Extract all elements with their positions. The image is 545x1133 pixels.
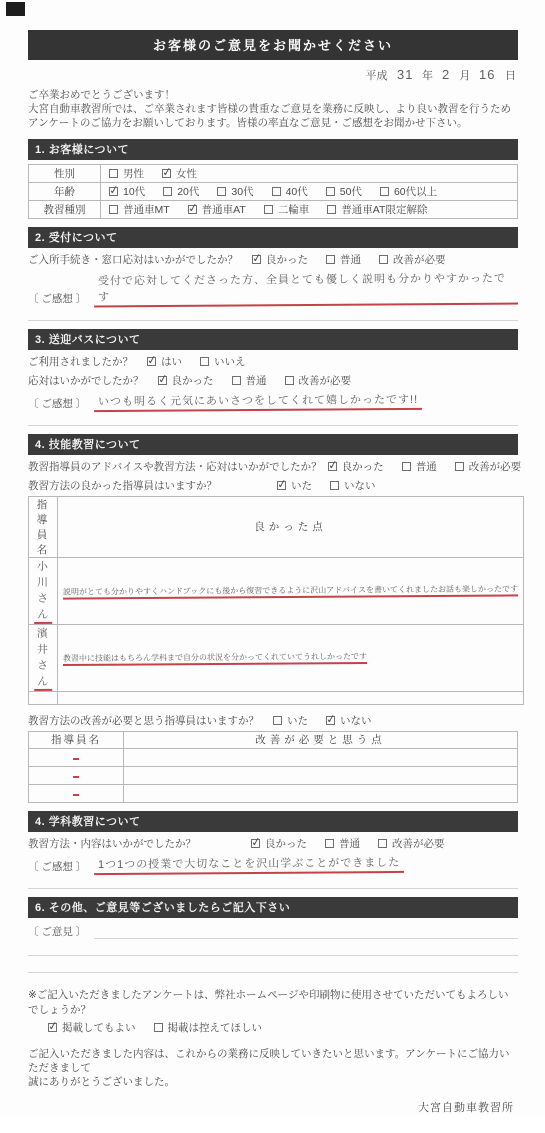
- checkbox-option[interactable]: 普通車MT: [109, 202, 170, 217]
- bus-comment-label: 〔 ご感想 〕: [28, 396, 86, 411]
- instructor-name-handwritten: 小川さん: [34, 558, 52, 624]
- gender-checkgroup: 男性✓女性: [109, 166, 215, 181]
- instructor-name-cell[interactable]: [29, 766, 124, 784]
- intro-line-1: ご卒業おめでとうございます！: [28, 89, 518, 103]
- checkbox-option[interactable]: いた: [273, 713, 308, 728]
- unchecked-checkbox-icon[interactable]: [326, 255, 335, 264]
- lecture-comment-handwritten: 1つ1つの授業で大切なことを沢山学ぶことができました: [94, 853, 404, 874]
- unchecked-checkbox-icon[interactable]: [285, 376, 294, 385]
- checkbox-option[interactable]: ✓良かった: [251, 836, 307, 851]
- instructor-name-cell[interactable]: [29, 691, 58, 704]
- checkbox-option[interactable]: 二輪車: [264, 202, 310, 217]
- unchecked-checkbox-icon[interactable]: [154, 1023, 163, 1032]
- unchecked-checkbox-icon[interactable]: [163, 187, 172, 196]
- course-type-row-label: 教習種別: [29, 200, 101, 218]
- checkbox-label: 良かった: [172, 373, 214, 388]
- improve-points-header: 改善が必要と思う点: [124, 731, 518, 748]
- section-gakka-heading: 4. 学科教習について: [28, 811, 518, 832]
- checkbox-option[interactable]: 普通: [326, 252, 361, 267]
- checkbox-option[interactable]: 50代: [326, 184, 362, 199]
- lecture-comment-field[interactable]: 1つ1つの授業で大切なことを沢山学ぶことができました: [94, 855, 518, 874]
- checkbox-label: はい: [161, 354, 182, 369]
- checked-checkbox-icon[interactable]: ✓: [158, 376, 167, 385]
- unchecked-checkbox-icon[interactable]: [455, 462, 464, 471]
- checked-checkbox-icon[interactable]: ✓: [328, 462, 337, 471]
- blank-writing-line[interactable]: [28, 958, 518, 973]
- checkbox-option[interactable]: 改善が必要: [379, 252, 446, 267]
- unchecked-checkbox-icon[interactable]: [378, 839, 387, 848]
- checked-checkbox-icon[interactable]: ✓: [188, 205, 197, 214]
- checked-checkbox-icon[interactable]: ✓: [251, 839, 260, 848]
- section-4-heading: 4. 技能教習について: [28, 434, 518, 455]
- checkbox-option[interactable]: 改善が必要: [285, 373, 352, 388]
- checkbox-label: 普通車AT: [202, 202, 246, 217]
- checkbox-option[interactable]: 普通車AT限定解除: [327, 202, 427, 217]
- checkbox-option[interactable]: いない: [330, 478, 376, 493]
- checkbox-label: 普通: [340, 252, 361, 267]
- unchecked-checkbox-icon[interactable]: [272, 187, 281, 196]
- lecture-comment-label: 〔 ご感想 〕: [28, 859, 86, 874]
- handwritten-check-mark: ✓: [157, 371, 169, 386]
- handwritten-check-mark: ✓: [325, 711, 337, 726]
- checkbox-option[interactable]: 改善が必要: [455, 459, 522, 474]
- checkbox-option[interactable]: 掲載は控えてほしい: [154, 1020, 263, 1035]
- checkbox-label: 普通: [339, 836, 360, 851]
- other-opinion-label: 〔 ご意見 〕: [28, 924, 86, 939]
- intro-line-3: アンケートのご協力をお願いしております。皆様の率直なご意見・ご感想をお聞かせ下さ…: [28, 117, 518, 131]
- handwritten-check-mark: ✓: [187, 200, 199, 215]
- checked-checkbox-icon[interactable]: ✓: [109, 187, 118, 196]
- table-row: [29, 784, 518, 802]
- checkbox-label: 女性: [176, 166, 197, 181]
- checkbox-label: 男性: [123, 166, 144, 181]
- checkbox-option[interactable]: いいえ: [200, 354, 246, 369]
- bus-rating-question: 応対はいかがでしたか？: [28, 373, 144, 388]
- instructor-name-handwritten: 濱井さん: [34, 625, 52, 691]
- course-type-checkgroup: 普通車MT✓普通車AT二輪車普通車AT限定解除: [109, 202, 445, 217]
- good-instructor-checkgroup: ✓いたいない: [277, 478, 394, 493]
- instructor-name-cell[interactable]: [29, 784, 124, 802]
- checkbox-label: 掲載は控えてほしい: [168, 1020, 263, 1035]
- good-point-cell[interactable]: 説明がとても分かりやすくハンドブックにも後から復習できるように沢山アドバイスを書…: [58, 557, 524, 624]
- checkbox-label: 普通車AT限定解除: [341, 202, 427, 217]
- table-row: [29, 748, 518, 766]
- table-row-course-type: 教習種別 普通車MT✓普通車AT二輪車普通車AT限定解除: [29, 200, 518, 218]
- instructor-name-handwritten: [73, 758, 79, 760]
- unchecked-checkbox-icon[interactable]: [264, 205, 273, 214]
- age-row-label: 年齢: [29, 182, 101, 200]
- page-title: お客様のご意見をお聞かせください: [28, 30, 518, 60]
- checkbox-label: 20代: [177, 184, 199, 199]
- good-instructor-question: 教習方法の良かった指導員はいますか？: [28, 478, 217, 493]
- age-checkgroup: ✓10代20代30代40代50代60代以上: [109, 184, 455, 199]
- blank-writing-line[interactable]: [28, 413, 518, 426]
- checkbox-label: 10代: [123, 184, 145, 199]
- handwritten-check-mark: ✓: [161, 164, 173, 179]
- handwritten-check-mark: ✓: [250, 834, 262, 849]
- checkbox-option[interactable]: 男性: [109, 166, 144, 181]
- checkbox-option[interactable]: ✓良かった: [328, 459, 384, 474]
- instructor-name-handwritten: [73, 776, 79, 778]
- section-2-heading: 2. 受付について: [28, 227, 518, 248]
- checked-checkbox-icon[interactable]: ✓: [48, 1023, 57, 1032]
- section-1-heading: 1. お客様について: [28, 139, 518, 160]
- good-instructor-table: 指導員名 良かった点 小川さん 説明がとても分かりやすくハンドブックにも後から復…: [28, 496, 524, 705]
- intro-paragraph: ご卒業おめでとうございます！ 大宮自動車教習所では、ご卒業されます皆様の貴重なご…: [28, 89, 518, 131]
- checkbox-label: 改善が必要: [299, 373, 352, 388]
- blank-writing-line[interactable]: [28, 941, 518, 956]
- instructor-name-cell[interactable]: 小川さん: [29, 557, 58, 624]
- instructor-name-cell[interactable]: 濱井さん: [29, 624, 58, 691]
- good-point-handwritten: 説明がとても分かりやすくハンドブックにも後から復習できるように沢山アドバイスを書…: [63, 583, 518, 599]
- checkbox-option[interactable]: 普通: [325, 836, 360, 851]
- gender-row-label: 性別: [29, 164, 101, 182]
- checkbox-label: 改善が必要: [469, 459, 522, 474]
- section-6-heading: 6. その他、ご意見等ございましたらご記入下さい: [28, 897, 518, 918]
- checkbox-label: いた: [287, 713, 308, 728]
- good-point-cell[interactable]: 教習中に技能はもちろん学科まで自分の状況を分かってくれていてうれしかったです: [58, 624, 524, 691]
- checkbox-label: 改善が必要: [393, 252, 446, 267]
- unchecked-checkbox-icon[interactable]: [327, 205, 336, 214]
- school-signature: 大宮自動車教習所: [28, 1099, 514, 1115]
- table-row: [29, 766, 518, 784]
- closing-message: ご記入いただきました内容は、これからの業務に反映していきたいと思います。アンケー…: [28, 1047, 518, 1090]
- unchecked-checkbox-icon[interactable]: [379, 255, 388, 264]
- other-opinion-field[interactable]: [94, 924, 518, 939]
- checkbox-label: 50代: [340, 184, 362, 199]
- checkbox-option[interactable]: 60代以上: [380, 184, 437, 199]
- improve-instructor-checkgroup: いた✓いない: [273, 713, 390, 728]
- checkbox-label: 良かった: [342, 459, 384, 474]
- instructor-name-header: 指導員名: [29, 496, 58, 557]
- checkbox-option[interactable]: ✓いた: [277, 478, 312, 493]
- unchecked-checkbox-icon[interactable]: [326, 187, 335, 196]
- unchecked-checkbox-icon[interactable]: [232, 376, 241, 385]
- unchecked-checkbox-icon[interactable]: [402, 462, 411, 471]
- unchecked-checkbox-icon[interactable]: [273, 716, 282, 725]
- closing-line-2: 誠にありがとうございました。: [28, 1075, 518, 1089]
- bus-used-question: ご利用されましたか？: [28, 354, 133, 369]
- closing-line-1: ご記入いただきました内容は、これからの業務に反映していきたいと思います。アンケー…: [28, 1047, 518, 1075]
- date-day-handwritten: 16: [479, 67, 496, 82]
- bus-comment-field[interactable]: いつも明るく元気にあいさつをしてくれて嬉しかったです!!: [94, 392, 518, 411]
- checkbox-label: いた: [291, 478, 312, 493]
- publication-consent-block: ※ご記入いただきましたアンケートは、弊社ホームページや印刷物に使用させていただい…: [28, 987, 518, 1035]
- handwritten-check-mark: ✓: [276, 476, 288, 491]
- checkbox-option[interactable]: ✓良かった: [158, 373, 214, 388]
- handwritten-check-mark: ✓: [251, 250, 263, 265]
- checkbox-label: 普通: [416, 459, 437, 474]
- table-row-age: 年齢 ✓10代20代30代40代50代60代以上: [29, 182, 518, 200]
- table-header-row: 指導員名 良かった点: [29, 496, 524, 557]
- handwritten-check-mark: ✓: [108, 182, 120, 197]
- reception-comment-handwritten: 受付で応対してくださった方、全員とても優しく説明も分かりやすかったです: [94, 269, 518, 307]
- skill-rating-question: 教習指導員のアドバイスや教習方法・応対はいかがでしたか？: [28, 459, 322, 474]
- checked-checkbox-icon[interactable]: ✓: [162, 169, 171, 178]
- checkbox-label: 良かった: [265, 836, 307, 851]
- handwritten-check-mark: ✓: [146, 352, 158, 367]
- scan-corner-mark: [6, 2, 25, 16]
- improve-point-cell[interactable]: [124, 784, 518, 802]
- checkbox-option[interactable]: ✓良かった: [252, 252, 308, 267]
- checkbox-option[interactable]: 30代: [217, 184, 253, 199]
- instructor-name-handwritten: [73, 794, 79, 796]
- date-year-handwritten: 31: [396, 67, 413, 82]
- reception-comment-field[interactable]: 受付で応対してくださった方、全員とても優しく説明も分かりやすかったです: [94, 271, 518, 306]
- checkbox-label: いない: [344, 478, 376, 493]
- checkbox-label: 掲載してもよい: [62, 1020, 136, 1035]
- checkbox-label: いいえ: [214, 354, 246, 369]
- unchecked-checkbox-icon[interactable]: [217, 187, 226, 196]
- reception-rating-checkgroup: ✓良かった普通改善が必要: [252, 252, 464, 267]
- checkbox-option[interactable]: ✓10代: [109, 184, 145, 199]
- checkbox-label: 60代以上: [394, 184, 437, 199]
- improve-instructor-question: 教習方法の改善が必要と思う指導員はいますか？: [28, 713, 259, 728]
- checked-checkbox-icon[interactable]: ✓: [326, 716, 335, 725]
- unchecked-checkbox-icon[interactable]: [380, 187, 389, 196]
- reception-comment-label: 〔 ご感想 〕: [28, 291, 86, 306]
- unchecked-checkbox-icon[interactable]: [325, 839, 334, 848]
- checkbox-option[interactable]: ✓掲載してもよい: [48, 1020, 136, 1035]
- date-row: 平成 31 年 2 月 16 日: [30, 67, 516, 83]
- checkbox-option[interactable]: ✓女性: [162, 166, 197, 181]
- table-row: [29, 691, 524, 704]
- blank-writing-line[interactable]: [28, 308, 518, 321]
- table-header-row: 指導員名 改善が必要と思う点: [29, 731, 518, 748]
- table-row: 小川さん 説明がとても分かりやすくハンドブックにも後から復習できるように沢山アド…: [29, 557, 524, 624]
- date-month-suffix: 月: [459, 70, 470, 82]
- date-era-label: 平成: [365, 70, 387, 82]
- checkbox-label: いない: [340, 713, 372, 728]
- intro-line-2: 大宮自動車教習所では、ご卒業されます皆様の貴重なご意見を業務に反映し、より良い教…: [28, 103, 518, 117]
- date-day-suffix: 日: [505, 70, 516, 82]
- handwritten-check-mark: ✓: [47, 1018, 59, 1033]
- good-point-handwritten: 教習中に技能はもちろん学科まで自分の状況を分かってくれていてうれしかったです: [63, 651, 367, 666]
- checkbox-label: 普通: [246, 373, 267, 388]
- checkbox-label: 40代: [286, 184, 308, 199]
- bus-rating-checkgroup: ✓良かった普通改善が必要: [158, 373, 370, 388]
- unchecked-checkbox-icon[interactable]: [330, 481, 339, 490]
- checkbox-label: 二輪車: [278, 202, 310, 217]
- improve-point-cell[interactable]: [124, 766, 518, 784]
- checkbox-option[interactable]: 改善が必要: [378, 836, 445, 851]
- checked-checkbox-icon[interactable]: ✓: [147, 357, 156, 366]
- checkbox-option[interactable]: 普通: [232, 373, 267, 388]
- blank-writing-line[interactable]: [28, 876, 518, 889]
- checkbox-option[interactable]: 20代: [163, 184, 199, 199]
- good-point-cell[interactable]: [58, 691, 524, 704]
- table-row: 濱井さん 教習中に技能はもちろん学科まで自分の状況を分かってくれていてうれしかっ…: [29, 624, 524, 691]
- section-3-heading: 3. 送迎バスについて: [28, 329, 518, 350]
- bus-used-checkgroup: ✓はいいいえ: [147, 354, 264, 369]
- lecture-rating-checkgroup: ✓良かった普通改善が必要: [251, 836, 463, 851]
- checked-checkbox-icon[interactable]: ✓: [277, 481, 286, 490]
- checkbox-label: 良かった: [266, 252, 308, 267]
- skill-rating-checkgroup: ✓良かった普通改善が必要: [328, 459, 540, 474]
- instructor-name-cell[interactable]: [29, 748, 124, 766]
- handwritten-check-mark: ✓: [327, 457, 339, 472]
- improve-instructor-table: 指導員名 改善が必要と思う点: [28, 731, 518, 803]
- instructor-name-header: 指導員名: [29, 731, 124, 748]
- checkbox-option[interactable]: 普通: [402, 459, 437, 474]
- date-year-suffix: 年: [422, 70, 433, 82]
- customer-info-table: 性別 男性✓女性 年齢 ✓10代20代30代40代50代60代以上 教習種別 普…: [28, 164, 518, 219]
- reception-question: ご入所手続き・窓口応対はいかがでしたか？: [28, 252, 238, 267]
- checkbox-label: 改善が必要: [392, 836, 445, 851]
- bus-comment-handwritten: いつも明るく元気にあいさつをしてくれて嬉しかったです!!: [94, 390, 422, 411]
- checkbox-option[interactable]: ✓いない: [326, 713, 372, 728]
- publication-consent-note: ※ご記入いただきましたアンケートは、弊社ホームページや印刷物に使用させていただい…: [28, 987, 518, 1017]
- table-row-gender: 性別 男性✓女性: [29, 164, 518, 182]
- unchecked-checkbox-icon[interactable]: [109, 169, 118, 178]
- improve-point-cell[interactable]: [124, 748, 518, 766]
- checkbox-option[interactable]: ✓はい: [147, 354, 182, 369]
- lecture-rating-question: 教習方法・内容はいかがでしたか？: [28, 836, 196, 851]
- scanned-questionnaire-page: お客様のご意見をお聞かせください 平成 31 年 2 月 16 日 ご卒業おめで…: [0, 0, 545, 1115]
- checkbox-option[interactable]: 40代: [272, 184, 308, 199]
- checked-checkbox-icon[interactable]: ✓: [252, 255, 261, 264]
- unchecked-checkbox-icon[interactable]: [109, 205, 118, 214]
- checkbox-option[interactable]: ✓普通車AT: [188, 202, 246, 217]
- publication-consent-checkgroup: ✓掲載してもよい掲載は控えてほしい: [48, 1020, 280, 1035]
- checkbox-label: 普通車MT: [123, 202, 170, 217]
- checkbox-label: 30代: [231, 184, 253, 199]
- date-month-handwritten: 2: [442, 67, 450, 82]
- good-points-header: 良かった点: [58, 496, 524, 557]
- unchecked-checkbox-icon[interactable]: [200, 357, 209, 366]
